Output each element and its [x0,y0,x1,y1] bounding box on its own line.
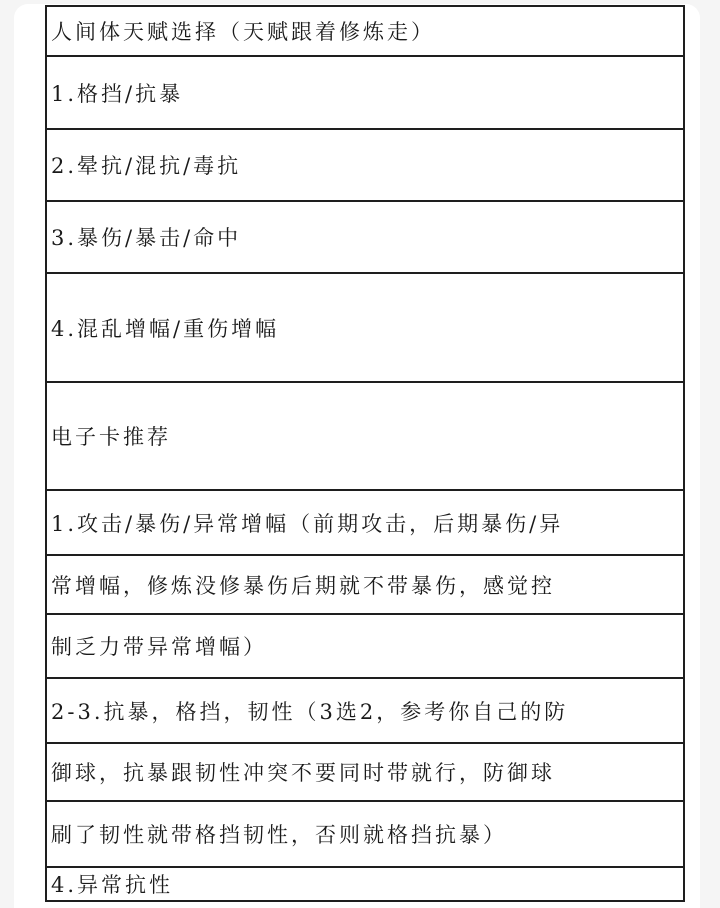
table-cell: 1.格挡/抗暴 [46,56,684,129]
section-heading-chip-recommendation: 电子卡推荐 [46,382,684,490]
table-cell: 4.混乱增幅/重伤增幅 [46,273,684,382]
table-row: 2.晕抗/混抗/毒抗 [46,129,684,201]
table-row: 制乏力带异常增幅） [46,614,684,678]
table-row: 电子卡推荐 [46,382,684,490]
table-row: 3.暴伤/暴击/命中 [46,201,684,273]
section-heading-talent-selection: 人间体天赋选择（天赋跟着修炼走） [46,6,684,56]
table-cell: 4.异常抗性 [46,867,684,901]
table-row: 1.格挡/抗暴 [46,56,684,129]
table-row: 刷了韧性就带格挡韧性，否则就格挡抗暴） [46,801,684,867]
table-row: 4.异常抗性 [46,867,684,901]
table-row: 御球，抗暴跟韧性冲突不要同时带就行，防御球 [46,743,684,801]
table-row: 人间体天赋选择（天赋跟着修炼走） [46,6,684,56]
table-cell: 2.晕抗/混抗/毒抗 [46,129,684,201]
table-cell: 3.暴伤/暴击/命中 [46,201,684,273]
table-row: 2-3.抗暴，格挡，韧性（3选2，参考你自己的防 [46,678,684,743]
table-cell: 常增幅，修炼没修暴伤后期就不带暴伤，感觉控 [46,555,684,614]
table-cell: 制乏力带异常增幅） [46,614,684,678]
table-cell: 1.攻击/暴伤/异常增幅（前期攻击，后期暴伤/异 [46,490,684,555]
table-row: 常增幅，修炼没修暴伤后期就不带暴伤，感觉控 [46,555,684,614]
table-row: 1.攻击/暴伤/异常增幅（前期攻击，后期暴伤/异 [46,490,684,555]
table-cell: 御球，抗暴跟韧性冲突不要同时带就行，防御球 [46,743,684,801]
table-cell: 2-3.抗暴，格挡，韧性（3选2，参考你自己的防 [46,678,684,743]
table-cell: 刷了韧性就带格挡韧性，否则就格挡抗暴） [46,801,684,867]
talent-recommendation-table: 人间体天赋选择（天赋跟着修炼走） 1.格挡/抗暴 2.晕抗/混抗/毒抗 3.暴伤… [45,5,685,902]
table-row: 4.混乱增幅/重伤增幅 [46,273,684,382]
